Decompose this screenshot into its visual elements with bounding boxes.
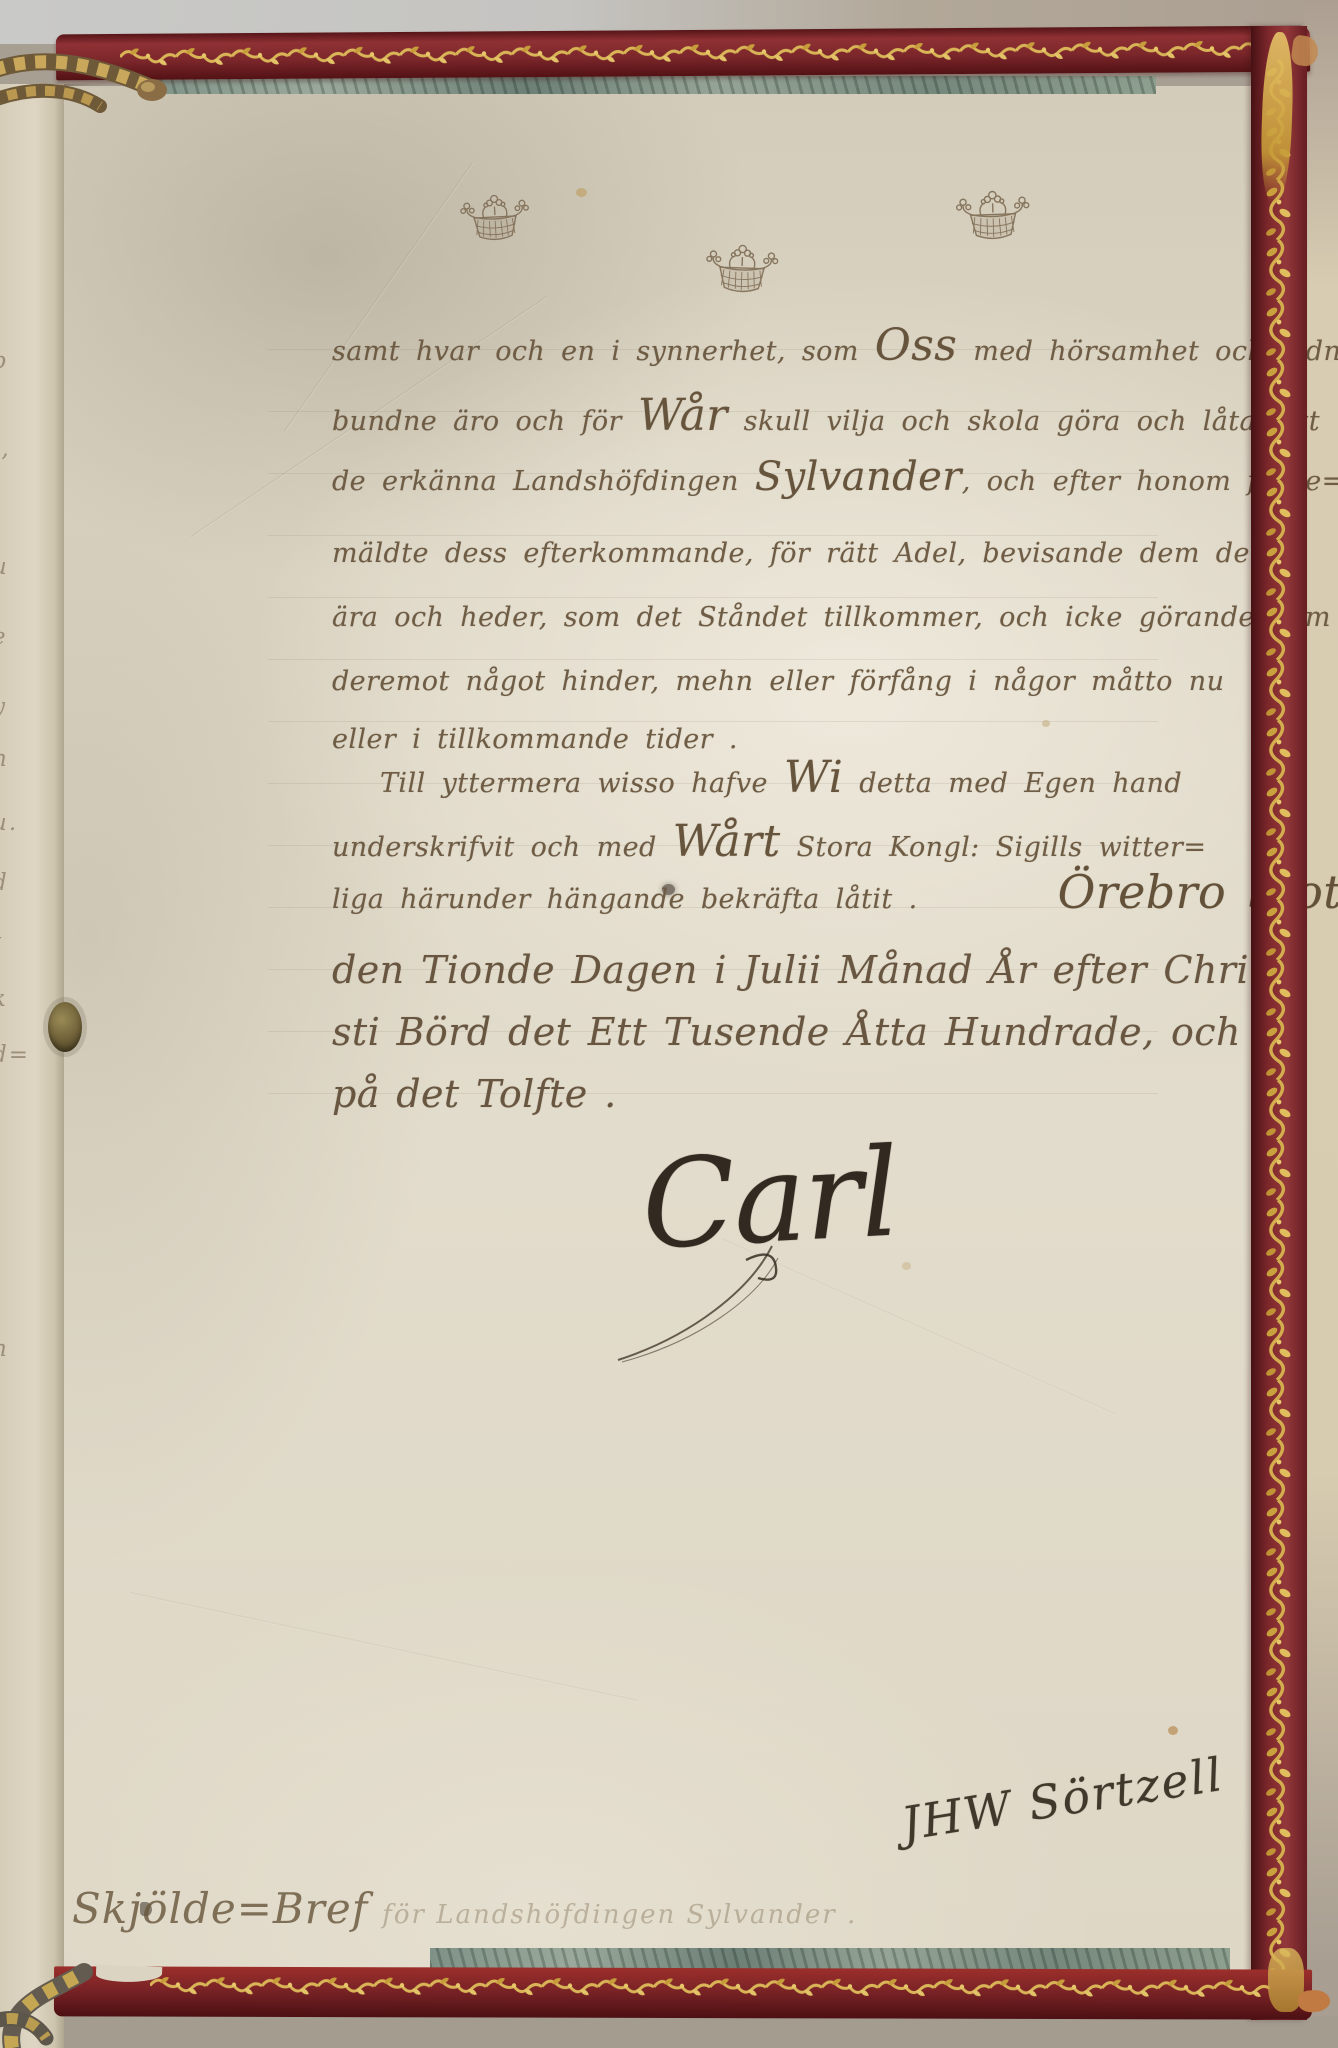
margin-ink-fragment: u	[0, 554, 9, 580]
margin-ink-fragment: b	[0, 348, 9, 374]
manuscript-line: deremot något hinder, mehn eller förfång…	[332, 666, 1224, 697]
coronet-icon	[454, 188, 537, 246]
previous-leaf-edge: bl,ueynu.dtkd=ln	[0, 84, 64, 2048]
line-text: deremot något hinder, mehn eller förfång…	[332, 666, 1224, 697]
line-text: Till yttermera wisso hafve	[380, 768, 784, 799]
gold-tooling-bottom	[150, 1975, 1270, 2000]
manuscript-line: bundne äro och för Wår skull vilja och s…	[332, 406, 1320, 437]
line-text: eller i tillkommande tider .	[332, 724, 738, 755]
margin-ink-fragment: d	[0, 870, 9, 896]
line-text: detta med Egen hand	[843, 768, 1182, 799]
line-text: skull vilja och skola göra och låta, att	[728, 406, 1320, 437]
margin-ink-fragment: n	[0, 1336, 9, 1362]
stain	[902, 1262, 911, 1270]
margin-ink-fragment: l	[0, 1108, 1, 1134]
line-text: underskrifvit och med	[332, 832, 673, 863]
margin-ink-fragment: e	[0, 624, 8, 650]
manuscript-line: ära och heder, som det Ståndet tillkomme…	[332, 602, 1331, 633]
footer-note-detail: för Landshöfdingen Sylvander .	[382, 1900, 857, 1930]
line-text: Stora Kongl: Sigills witter=	[781, 832, 1207, 863]
binding-cord-top-left	[0, 26, 180, 122]
manuscript-line: mäldte dess efterkommande, för rätt Adel…	[332, 538, 1268, 569]
manuscript-line: eller i tillkommande tider .	[332, 724, 738, 755]
stain	[1042, 720, 1050, 727]
ornate-word: Wårt	[673, 816, 781, 867]
line-text: på det Tolfte .	[332, 1072, 617, 1116]
line-text: de erkänna Landshöfdingen	[332, 466, 755, 497]
ornate-word: Sylvander	[755, 454, 962, 500]
binding-cord-bottom-left	[0, 1962, 130, 2048]
margin-ink-fragment: t	[0, 929, 3, 955]
line-text: den Tionde Dagen i Julii Månad År efter …	[332, 948, 1281, 992]
line-text: bundne äro och för	[332, 406, 638, 437]
ornate-word: Wi	[784, 752, 843, 803]
manuscript-line: samt hvar och en i synnerhet, som Oss me…	[332, 336, 1338, 367]
margin-ink-fragment: l,	[0, 436, 11, 462]
line-text: sti Börd det Ett Tusende Åtta Hundrade, …	[332, 1010, 1241, 1054]
gold-tooling-right	[1262, 60, 1294, 1990]
ornate-word: Oss	[875, 320, 957, 371]
scanner-background-right	[1304, 0, 1338, 2048]
scanned-manuscript-page: bl,ueynu.dtkd=ln samt hvar och en i synn…	[0, 0, 1338, 2048]
manuscript-line: underskrifvit och med Wårt Stora Kongl: …	[332, 832, 1206, 863]
footer-note-title: Skjölde=Bref	[72, 1884, 368, 1933]
manuscript-line: de erkänna Landshöfdingen Sylvander, och…	[332, 466, 1338, 497]
binding-cord-knot	[48, 1002, 82, 1052]
line-text: mäldte dess efterkommande, för rätt Adel…	[332, 538, 1268, 569]
manuscript-line: sti Börd det Ett Tusende Åtta Hundrade, …	[332, 1010, 1241, 1054]
stain	[1168, 1726, 1178, 1735]
margin-ink-fragment: u.	[0, 810, 18, 836]
margin-ink-fragment: n	[0, 746, 9, 772]
line-text: liga härunder hängande bekräfta låtit .	[332, 884, 918, 915]
coronet-icon	[699, 239, 785, 298]
coronet-icon	[949, 185, 1037, 245]
footer-note: Skjölde=Brefför Landshöfdingen Sylvander…	[72, 1884, 857, 1933]
line-text: ära och heder, som det Ståndet tillkomme…	[332, 602, 1331, 633]
stain	[576, 188, 587, 197]
margin-ink-fragment: d=	[0, 1042, 30, 1068]
parchment-crease	[129, 1592, 638, 1702]
manuscript-line: den Tionde Dagen i Julii Månad År efter …	[332, 948, 1281, 992]
signature-flourish	[596, 1238, 796, 1378]
manuscript-line: på det Tolfte .	[332, 1072, 617, 1116]
margin-ink-fragment: y	[0, 694, 7, 720]
scanner-background-bottom	[0, 2016, 1338, 2048]
manuscript-line: liga härunder hängande bekräfta låtit .Ö…	[332, 884, 1338, 915]
manuscript-line: Till yttermera wisso hafve Wi detta med …	[380, 768, 1182, 799]
ornate-word: Wår	[638, 390, 728, 441]
margin-ink-fragment: k	[0, 986, 8, 1012]
line-text: samt hvar och en i synnerhet, som	[332, 336, 875, 367]
